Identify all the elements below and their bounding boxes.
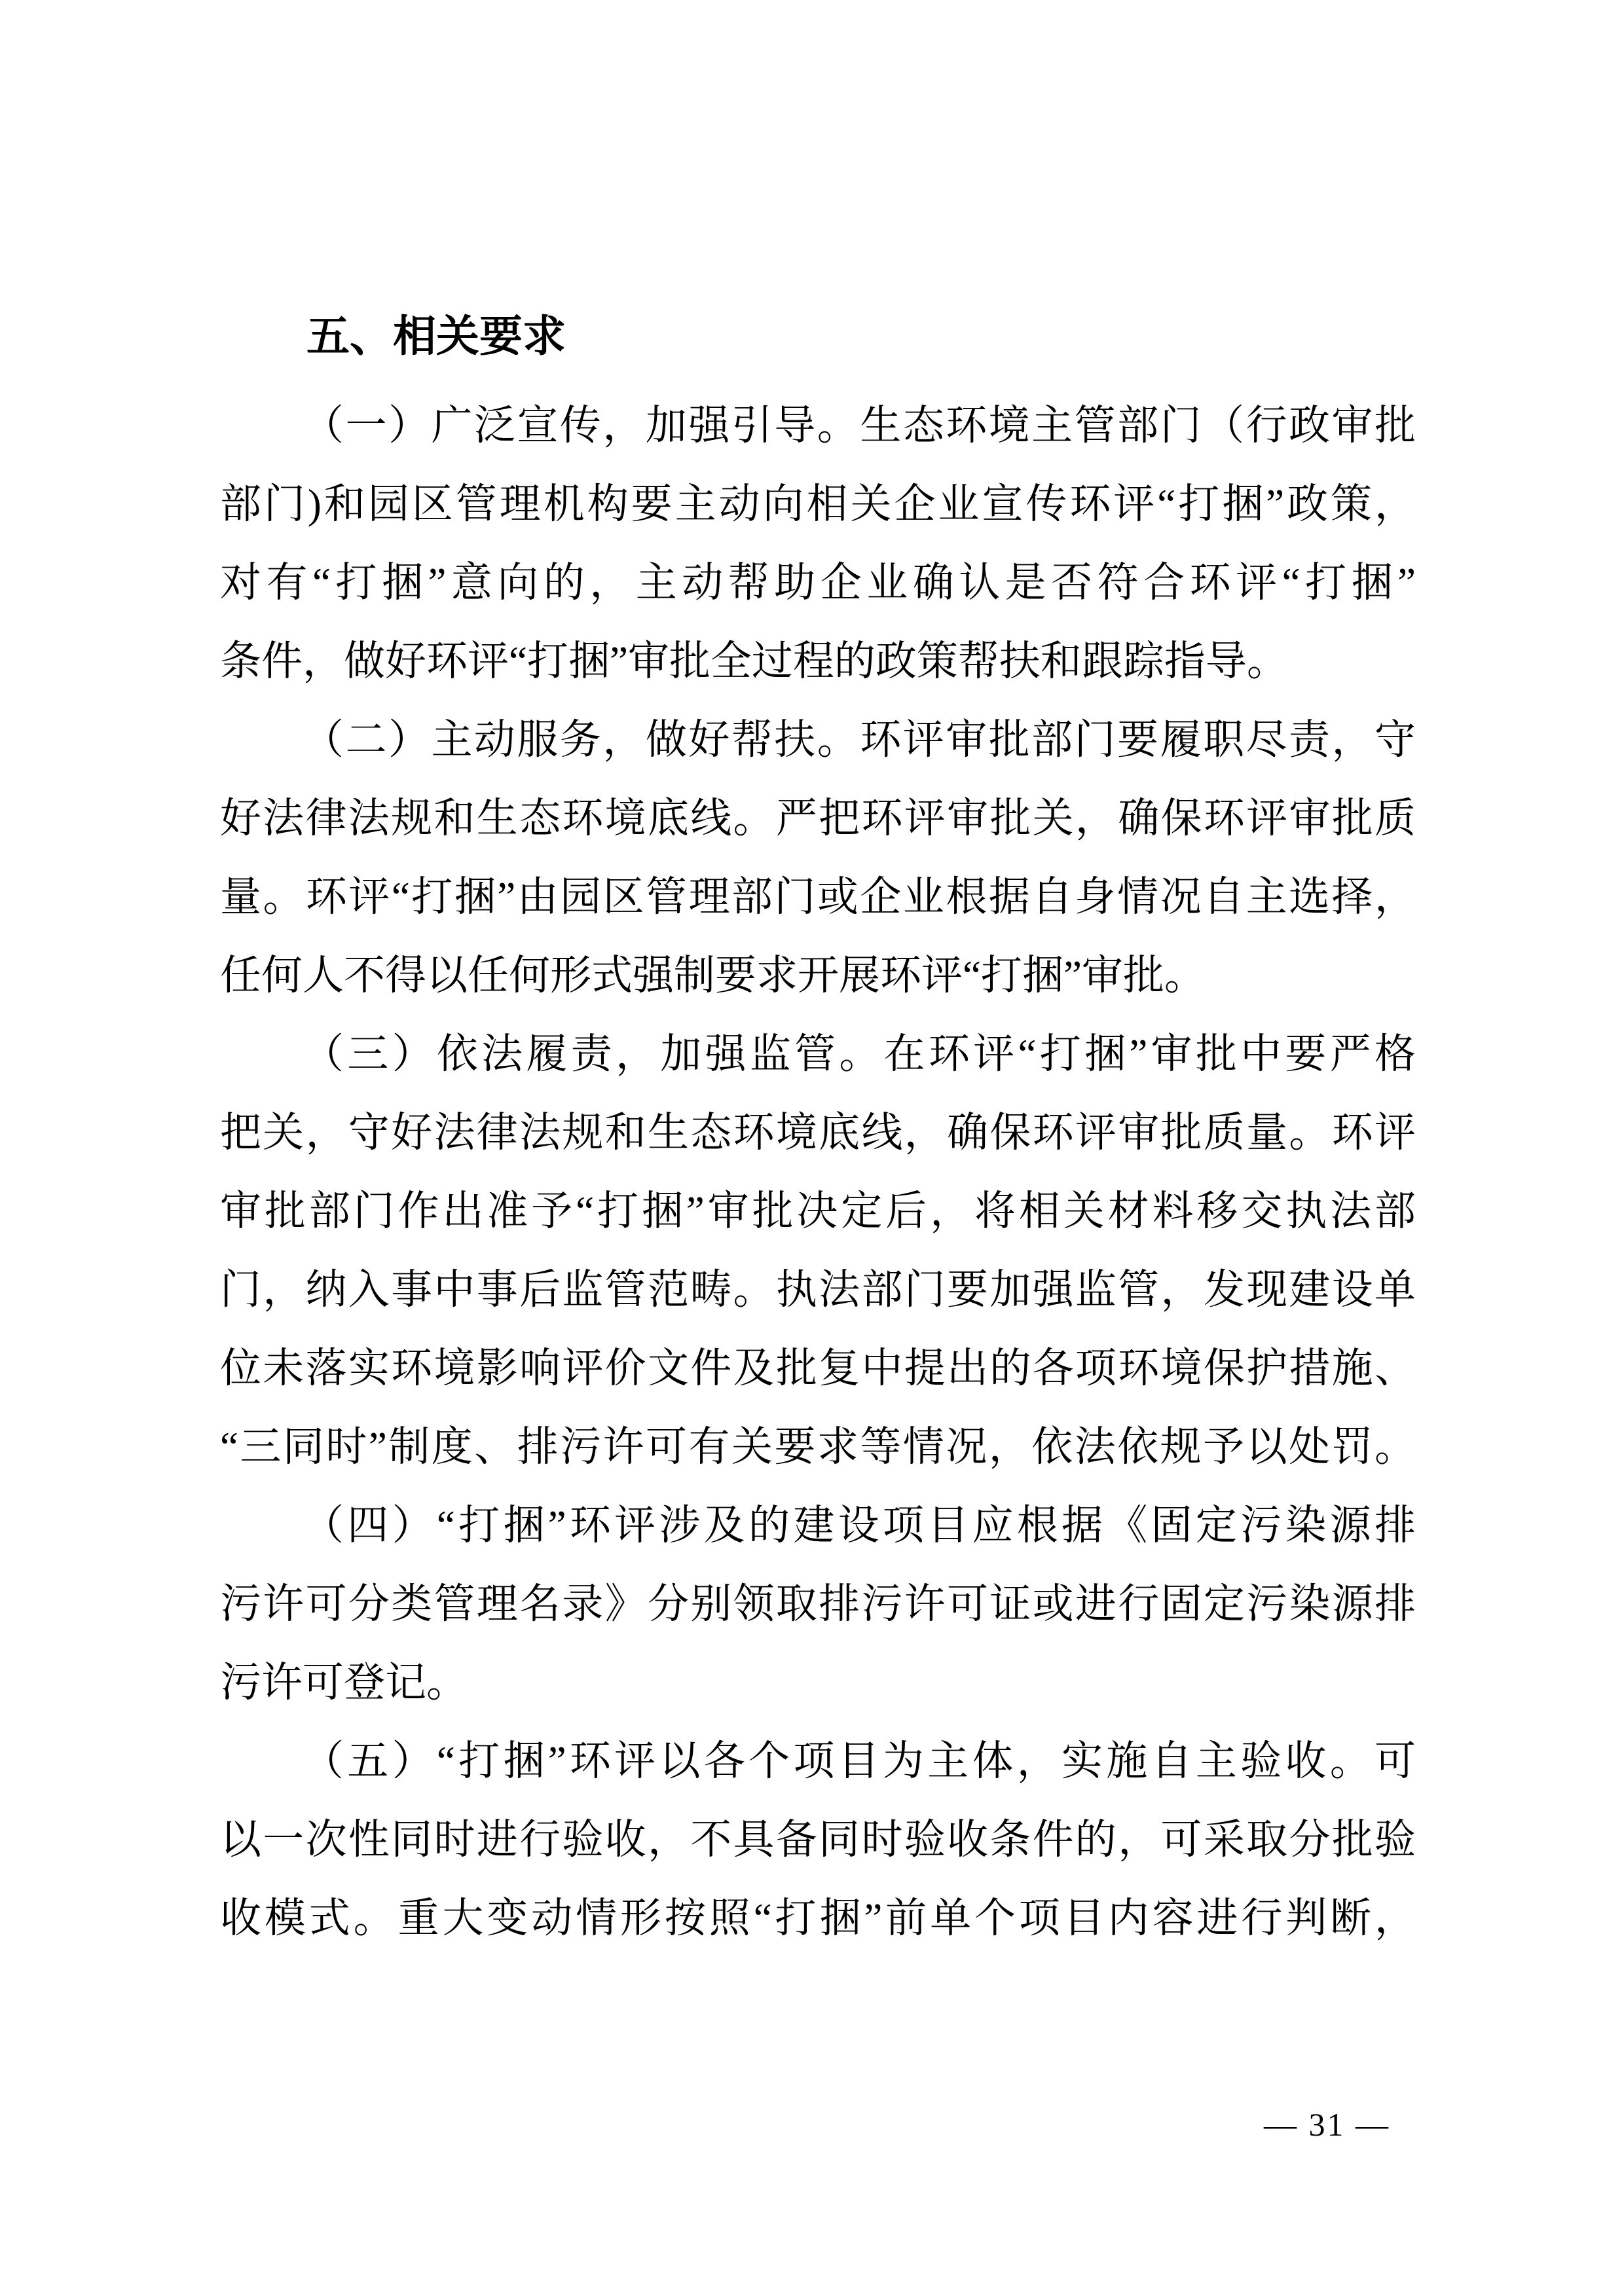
paragraph: （二）主动服务，做好帮扶。环评审批部门要履职尽责，守 好法律法规和生态环境底线。… [220,701,1416,1015]
text-line: 位未落实环境影响评价文件及批复中提出的各项环境保护措施、 [220,1329,1416,1408]
document-body: （一）广泛宣传，加强引导。生态环境主管部门（行政审批 部门)和园区管理机构要主动… [220,386,1416,1958]
text-line: 对有“打捆”意向的，主动帮助企业确认是否符合环评“打捆” [220,543,1416,622]
text-line: “三同时”制度、排污许可有关要求等情况，依法依规予以处罚。 [220,1408,1416,1486]
text-line: 污许可分类管理名录》分别领取排污许可证或进行固定污染源排 [220,1565,1416,1643]
text-line: 量。环评“打捆”由园区管理部门或企业根据自身情况自主选择， [220,858,1416,936]
text-line: 任何人不得以任何形式强制要求开展环评“打捆”审批。 [220,936,1416,1015]
text-line: （五）“打捆”环评以各个项目为主体，实施自主验收。可 [220,1722,1416,1800]
text-line: 好法律法规和生态环境底线。严把环评审批关，确保环评审批质 [220,779,1416,858]
text-line: 部门)和园区管理机构要主动向相关企业宣传环评“打捆”政策， [220,465,1416,543]
text-line: 门，纳入事中事后监管范畴。执法部门要加强监管，发现建设单 [220,1250,1416,1329]
text-line: 以一次性同时进行验收，不具备同时验收条件的，可采取分批验 [220,1800,1416,1879]
document-page: 五、相关要求 （一）广泛宣传，加强引导。生态环境主管部门（行政审批 部门)和园区… [0,0,1624,2296]
text-line: （一）广泛宣传，加强引导。生态环境主管部门（行政审批 [220,386,1416,465]
paragraph: （五）“打捆”环评以各个项目为主体，实施自主验收。可 以一次性同时进行验收，不具… [220,1722,1416,1958]
text-line: 污许可登记。 [220,1643,1416,1722]
text-line: （二）主动服务，做好帮扶。环评审批部门要履职尽责，守 [220,701,1416,779]
paragraph: （三）依法履责，加强监管。在环评“打捆”审批中要严格 把关，守好法律法规和生态环… [220,1015,1416,1486]
section-heading: 五、相关要求 [220,310,1416,361]
text-line: （四）“打捆”环评涉及的建设项目应根据《固定污染源排 [220,1486,1416,1565]
text-line: 条件，做好环评“打捆”审批全过程的政策帮扶和跟踪指导。 [220,622,1416,701]
text-line: 审批部门作出准予“打捆”审批决定后，将相关材料移交执法部 [220,1172,1416,1250]
text-line: （三）依法履责，加强监管。在环评“打捆”审批中要严格 [220,1015,1416,1093]
text-line: 收模式。重大变动情形按照“打捆”前单个项目内容进行判断， [220,1879,1416,1958]
page-number: — 31 — [1264,2108,1390,2141]
text-line: 把关，守好法律法规和生态环境底线，确保环评审批质量。环评 [220,1093,1416,1172]
paragraph: （一）广泛宣传，加强引导。生态环境主管部门（行政审批 部门)和园区管理机构要主动… [220,386,1416,701]
paragraph: （四）“打捆”环评涉及的建设项目应根据《固定污染源排 污许可分类管理名录》分别领… [220,1486,1416,1722]
